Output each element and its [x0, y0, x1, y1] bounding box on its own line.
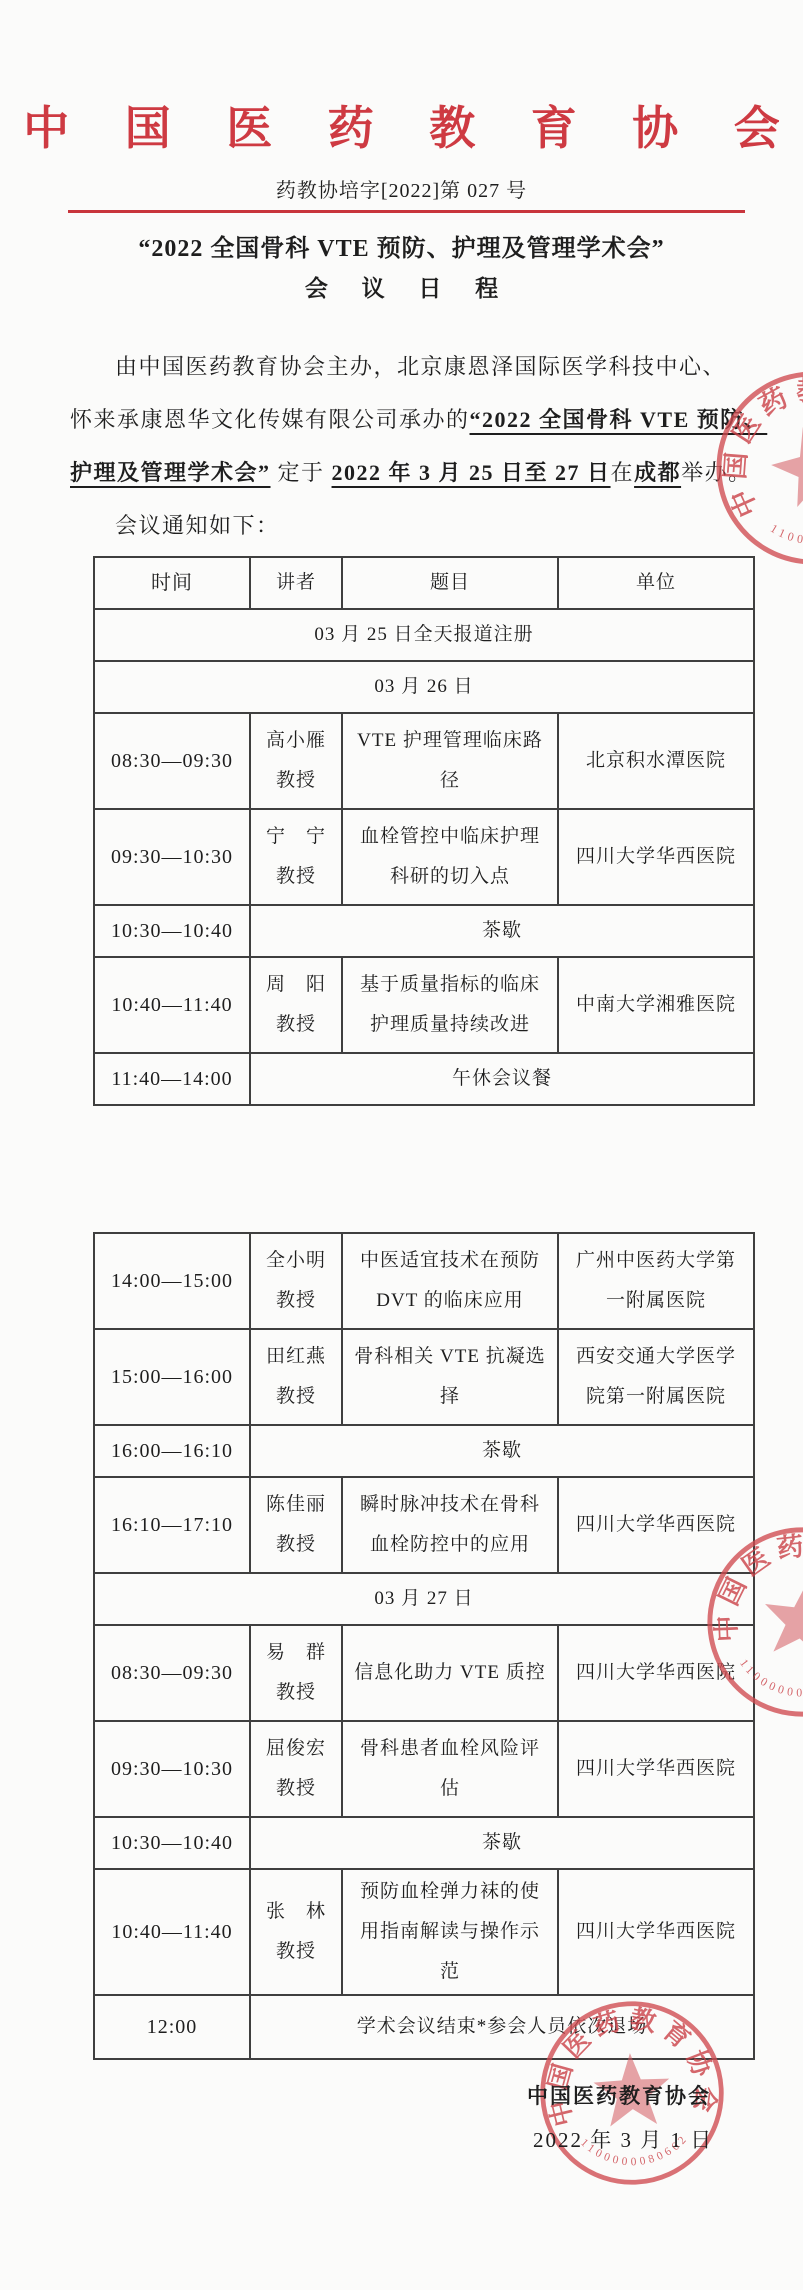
- day2-date-label: 03 月 26 日: [94, 661, 754, 713]
- session-time: 12:00: [94, 1995, 250, 2059]
- speaker-title: 教授: [259, 1769, 333, 1809]
- intro-text: 定于: [271, 460, 332, 485]
- session-time: 16:00—16:10: [94, 1425, 250, 1477]
- session-speaker: 全小明 教授: [250, 1233, 342, 1329]
- col-header-affiliation: 单位: [558, 557, 754, 609]
- conference-name-emphasis: “2022 全国骨科 VTE 预防、: [470, 407, 768, 432]
- session-row: 09:30—10:30 屈俊宏 教授 骨科患者血栓风险评估 四川大学华西医院: [94, 1721, 754, 1817]
- schedule-table-page2: 14:00—15:00 全小明 教授 中医适宜技术在预防 DVT 的临床应用 广…: [93, 1232, 755, 2060]
- session-affiliation: 四川大学华西医院: [558, 1625, 754, 1721]
- conference-title: “2022 全国骨科 VTE 预防、护理及管理学术会”: [0, 228, 803, 263]
- session-row: 16:10—17:10 陈佳丽 教授 瞬时脉冲技术在骨科血栓防控中的应用 四川大…: [94, 1477, 754, 1573]
- break-row: 16:00—16:10 茶歇: [94, 1425, 754, 1477]
- speaker-name: 陈佳丽: [259, 1485, 333, 1525]
- session-time: 11:40—14:00: [94, 1053, 250, 1105]
- speaker-name: 周 阳: [259, 965, 333, 1005]
- session-affiliation: 北京积水潭医院: [558, 713, 754, 809]
- break-row: 10:30—10:40 茶歇: [94, 1817, 754, 1869]
- session-time: 10:40—11:40: [94, 1869, 250, 1995]
- schedule-table-page1: 时间 讲者 题目 单位 03 月 25 日全天报道注册 03 月 26 日 08…: [93, 556, 755, 1106]
- session-time: 09:30—10:30: [94, 1721, 250, 1817]
- session-topic: VTE 护理管理临床路径: [342, 713, 558, 809]
- speaker-title: 教授: [259, 857, 333, 897]
- col-header-topic: 题目: [342, 557, 558, 609]
- session-time: 16:10—17:10: [94, 1477, 250, 1573]
- association-title: 中 国 医 药 教 育 协 会: [0, 92, 803, 158]
- break-row: 10:30—10:40 茶歇: [94, 905, 754, 957]
- day1-row: 03 月 25 日全天报道注册: [94, 609, 754, 661]
- signature-org: 中国医药教育协会: [527, 2080, 711, 2110]
- session-topic: 骨科相关 VTE 抗凝选择: [342, 1329, 558, 1425]
- speaker-title: 教授: [259, 1281, 333, 1321]
- session-topic: 瞬时脉冲技术在骨科血栓防控中的应用: [342, 1477, 558, 1573]
- speaker-title: 教授: [259, 761, 333, 801]
- speaker-title: 教授: [259, 1932, 333, 1972]
- col-header-time: 时间: [94, 557, 250, 609]
- break-note: 茶歇: [250, 1425, 754, 1477]
- session-time: 10:30—10:40: [94, 1817, 250, 1869]
- session-affiliation: 四川大学华西医院: [558, 1869, 754, 1995]
- intro-text: 举办。: [681, 460, 752, 485]
- break-note: 茶歇: [250, 1817, 754, 1869]
- session-affiliation: 西安交通大学医学院第一附属医院: [558, 1329, 754, 1425]
- conference-name-emphasis: 护理及管理学术会”: [70, 460, 271, 485]
- speaker-name: 田红燕: [259, 1337, 333, 1377]
- speaker-title: 教授: [259, 1377, 333, 1417]
- session-row: 10:40—11:40 张 林 教授 预防血栓弹力袜的使用指南解读与操作示范 四…: [94, 1869, 754, 1995]
- speaker-title: 教授: [259, 1005, 333, 1045]
- svg-text:1100000080662: 1100000080662: [766, 495, 803, 559]
- session-affiliation: 广州中医药大学第一附属医院: [558, 1233, 754, 1329]
- conference-city-emphasis: 成都: [634, 460, 681, 485]
- session-speaker: 田红燕 教授: [250, 1329, 342, 1425]
- break-note: 茶歇: [250, 905, 754, 957]
- session-time: 14:00—15:00: [94, 1233, 250, 1329]
- session-time: 15:00—16:00: [94, 1329, 250, 1425]
- speaker-name: 张 林: [259, 1892, 333, 1932]
- session-speaker: 易 群 教授: [250, 1625, 342, 1721]
- session-topic: 血栓管控中临床护理科研的切入点: [342, 809, 558, 905]
- closing-row: 12:00 学术会议结束*参会人员依次退场: [94, 1995, 754, 2059]
- lunch-note: 午休会议餐: [250, 1053, 754, 1105]
- session-speaker: 周 阳 教授: [250, 957, 342, 1053]
- session-row: 08:30—09:30 易 群 教授 信息化助力 VTE 质控 四川大学华西医院: [94, 1625, 754, 1721]
- intro-text: 会议通知如下：: [115, 513, 280, 538]
- session-row: 10:40—11:40 周 阳 教授 基于质量指标的临床护理质量持续改进 中南大…: [94, 957, 754, 1053]
- header-divider: [68, 210, 745, 213]
- intro-text: 怀来承康恩华文化传媒有限公司承办的: [70, 407, 470, 432]
- session-affiliation: 中南大学湘雅医院: [558, 957, 754, 1053]
- session-speaker: 屈俊宏 教授: [250, 1721, 342, 1817]
- signature-date: 2022 年 3 月 1 日: [533, 2124, 713, 2154]
- intro-line-3: 护理及管理学术会” 定于 2022 年 3 月 25 日至 27 日在成都举办。: [70, 446, 748, 499]
- day1-registration-note: 03 月 25 日全天报道注册: [94, 609, 754, 661]
- speaker-title: 教授: [259, 1673, 333, 1713]
- intro-text: 在: [611, 460, 635, 485]
- day3-date-label: 03 月 27 日: [94, 1573, 754, 1625]
- conference-dates-emphasis: 2022 年 3 月 25 日至 27 日: [332, 460, 611, 485]
- session-time: 10:30—10:40: [94, 905, 250, 957]
- scanned-document-page: 中 国 医 药 教 育 协 会 药教协培字[2022]第 027 号 “2022…: [0, 0, 803, 2290]
- speaker-name: 全小明: [259, 1241, 333, 1281]
- lunch-row: 11:40—14:00 午休会议餐: [94, 1053, 754, 1105]
- document-number: 药教协培字[2022]第 027 号: [0, 174, 803, 203]
- session-topic: 中医适宜技术在预防 DVT 的临床应用: [342, 1233, 558, 1329]
- table-header-row: 时间 讲者 题目 单位: [94, 557, 754, 609]
- session-topic: 信息化助力 VTE 质控: [342, 1625, 558, 1721]
- intro-line-1: 由中国医药教育协会主办，北京康恩泽国际医学科技中心、: [70, 340, 748, 393]
- session-speaker: 张 林 教授: [250, 1869, 342, 1995]
- intro-text: 由中国医药教育协会主办，北京康恩泽国际医学科技中心、: [115, 354, 726, 379]
- col-header-speaker: 讲者: [250, 557, 342, 609]
- session-topic: 基于质量指标的临床护理质量持续改进: [342, 957, 558, 1053]
- intro-line-2: 怀来承康恩华文化传媒有限公司承办的“2022 全国骨科 VTE 预防、: [70, 393, 748, 446]
- speaker-name: 高小雁: [259, 721, 333, 761]
- session-row: 08:30—09:30 高小雁 教授 VTE 护理管理临床路径 北京积水潭医院: [94, 713, 754, 809]
- session-affiliation: 四川大学华西医院: [558, 809, 754, 905]
- session-speaker: 高小雁 教授: [250, 713, 342, 809]
- session-row: 15:00—16:00 田红燕 教授 骨科相关 VTE 抗凝选择 西安交通大学医…: [94, 1329, 754, 1425]
- day2-row: 03 月 26 日: [94, 661, 754, 713]
- session-affiliation: 四川大学华西医院: [558, 1721, 754, 1817]
- session-row: 09:30—10:30 宁 宁 教授 血栓管控中临床护理科研的切入点 四川大学华…: [94, 809, 754, 905]
- session-row: 14:00—15:00 全小明 教授 中医适宜技术在预防 DVT 的临床应用 广…: [94, 1233, 754, 1329]
- seal-code-text: 1100000080662: [766, 495, 803, 559]
- session-speaker: 陈佳丽 教授: [250, 1477, 342, 1573]
- speaker-title: 教授: [259, 1525, 333, 1565]
- session-topic: 骨科患者血栓风险评估: [342, 1721, 558, 1817]
- schedule-heading: 会 议 日 程: [0, 270, 803, 303]
- closing-note: 学术会议结束*参会人员依次退场: [250, 1995, 754, 2059]
- speaker-name: 屈俊宏: [259, 1729, 333, 1769]
- session-time: 08:30—09:30: [94, 713, 250, 809]
- session-time: 08:30—09:30: [94, 1625, 250, 1721]
- session-speaker: 宁 宁 教授: [250, 809, 342, 905]
- speaker-name: 宁 宁: [259, 817, 333, 857]
- day3-row: 03 月 27 日: [94, 1573, 754, 1625]
- speaker-name: 易 群: [259, 1633, 333, 1673]
- session-affiliation: 四川大学华西医院: [558, 1477, 754, 1573]
- session-time: 10:40—11:40: [94, 957, 250, 1053]
- session-time: 09:30—10:30: [94, 809, 250, 905]
- intro-paragraph: 由中国医药教育协会主办，北京康恩泽国际医学科技中心、 怀来承康恩华文化传媒有限公…: [70, 340, 748, 552]
- intro-line-4: 会议通知如下：: [70, 499, 748, 552]
- session-topic: 预防血栓弹力袜的使用指南解读与操作示范: [342, 1869, 558, 1995]
